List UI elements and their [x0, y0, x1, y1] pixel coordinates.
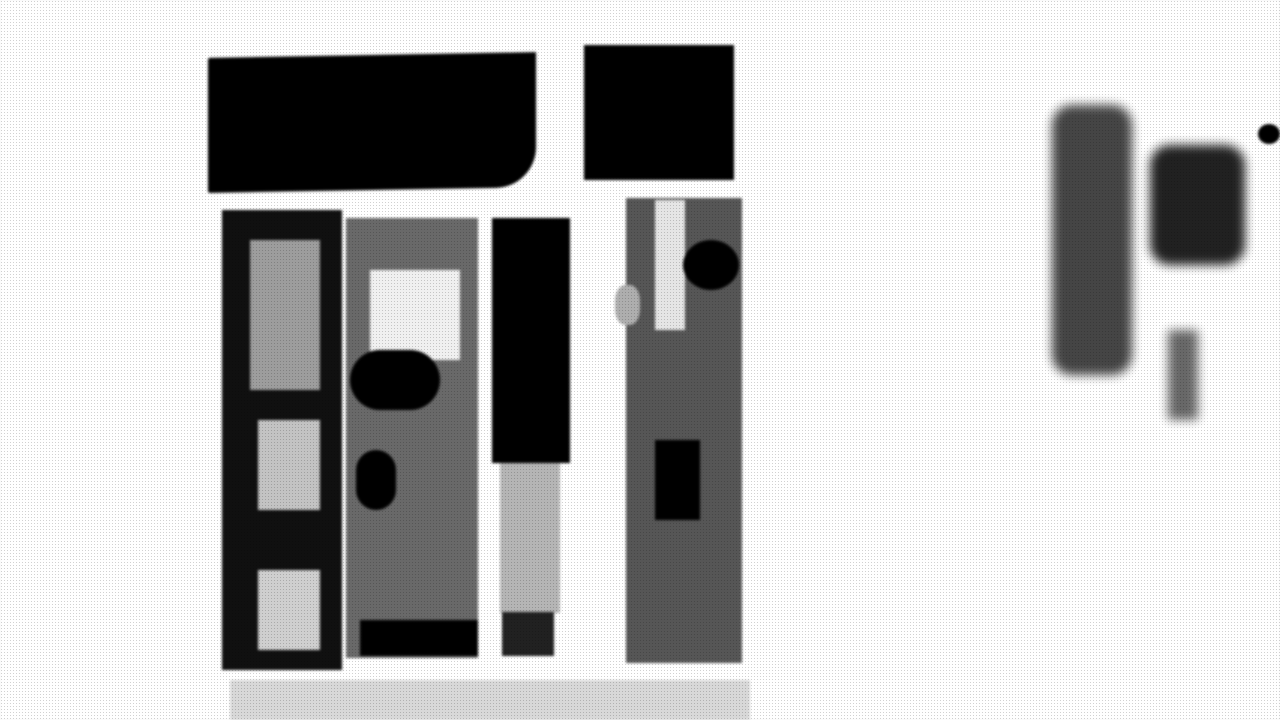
- window-glass-2: [370, 270, 460, 360]
- sign-panel-left: [208, 52, 536, 193]
- floor-band: [230, 680, 750, 720]
- edge-blob: [1258, 124, 1280, 144]
- window-glass-1c: [258, 570, 320, 650]
- window-glass-4: [655, 200, 685, 330]
- window-glass-1a: [250, 240, 320, 390]
- figure-right: [1150, 145, 1245, 265]
- figure-left: [1052, 105, 1132, 375]
- bar-2: [360, 620, 478, 656]
- window-glass-1b: [258, 420, 320, 510]
- photo-scene: [0, 0, 1280, 720]
- bar-3: [502, 612, 554, 656]
- window-frame-3: [492, 218, 570, 463]
- shape-2b: [356, 450, 396, 510]
- shape-4: [655, 440, 700, 520]
- circle-4: [683, 240, 739, 290]
- figure-leg: [1168, 330, 1198, 420]
- window-glass-3: [500, 463, 560, 613]
- shape-2a: [350, 350, 440, 410]
- grey-fleck: [615, 285, 640, 325]
- sign-panel-right: [584, 45, 734, 180]
